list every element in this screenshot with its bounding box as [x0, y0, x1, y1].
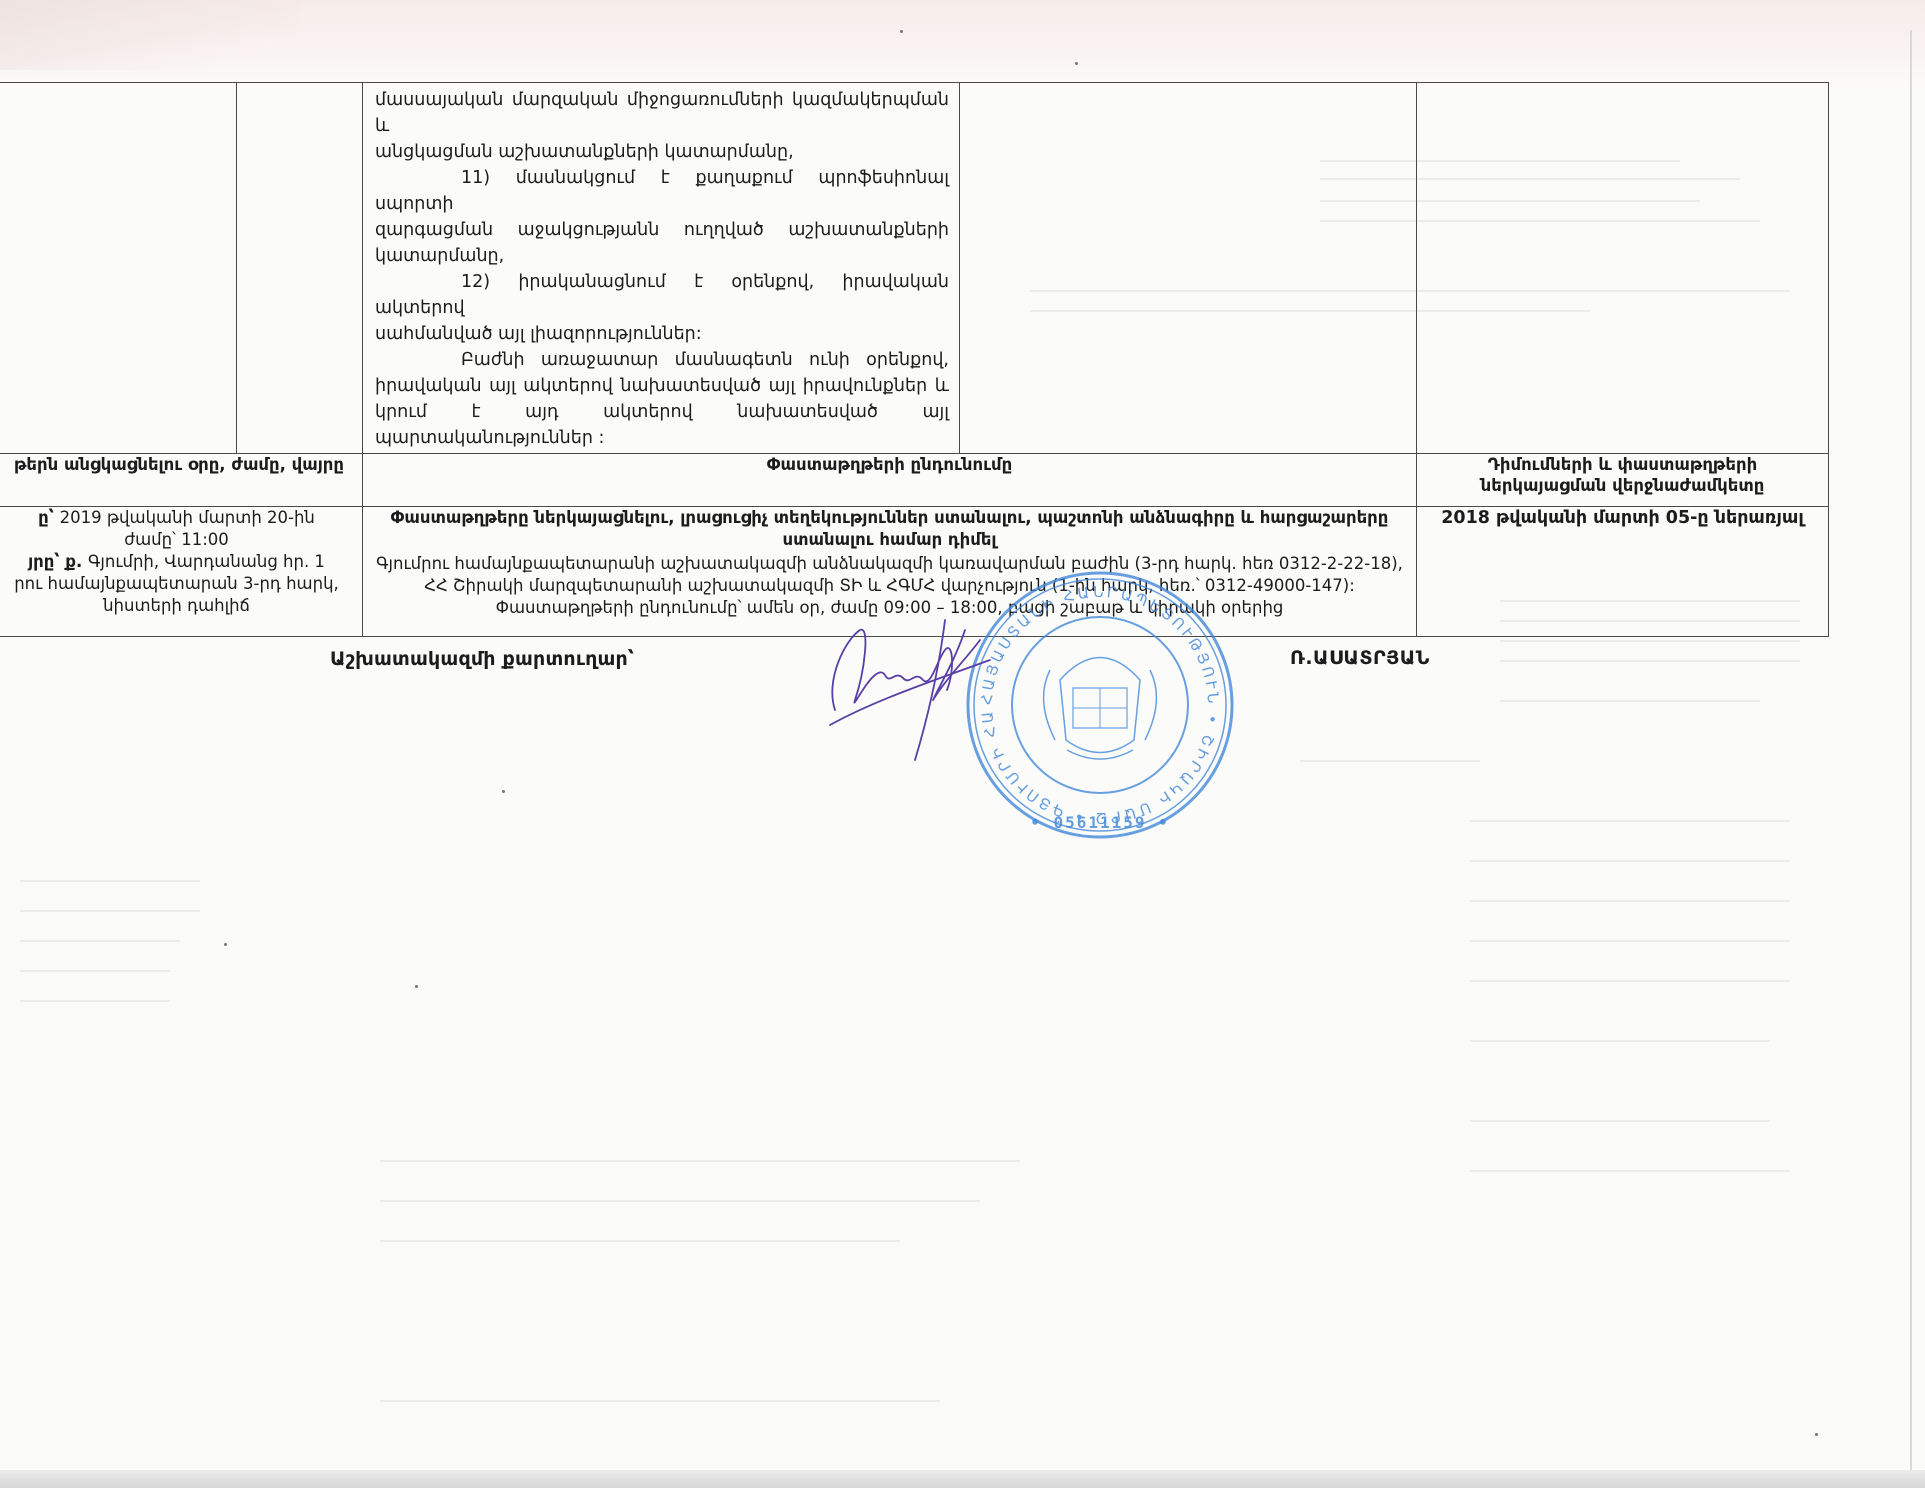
acceptance-title: Փաստաթղթերը ներկայացնելու, լրացուցիչ տեղ…: [363, 507, 1416, 551]
duties-line: անցկացման աշխատանքների կատարմանը,: [375, 139, 949, 165]
header-exam-date-place: թերն անցկացնելու օրը, ժամը, վայրը: [0, 454, 363, 507]
duty-item-11: 11) մասնակցում է քաղաքում պրոֆեսիոնալ սպ…: [375, 165, 949, 217]
header-deadline-line1: Դիմումների և փաստաթղթերի: [1417, 454, 1828, 475]
table-header-row: թերն անցկացնելու օրը, ժամը, վայրը Փաստաթ…: [0, 454, 1829, 507]
scan-speck: [1815, 1433, 1818, 1436]
exam-time: ժամը՝ 11:00: [0, 529, 362, 551]
rights-line: կրում է այդ ակտերով նախատեսված այլ: [375, 399, 949, 425]
scan-speck: [900, 30, 903, 33]
header-document-acceptance: Փաստաթղթերի ընդունումը: [363, 454, 1417, 507]
scan-speck: [415, 985, 418, 988]
signatory-role: Աշխատակազմի քարտուղար՝: [330, 648, 634, 670]
empty-cell: [237, 83, 363, 454]
rights-line: իրավական այլ ակտերով նախատեսված այլ իրավ…: [375, 373, 949, 399]
table-row-duties: մասսայական մարզական միջոցառումների կազմա…: [0, 83, 1829, 454]
deadline-value: 2018 թվականի մարտի 05-ը ներառյալ: [1441, 508, 1804, 528]
exam-date: ը՝ 2019 թվականի մարտի 20-ին: [0, 507, 362, 529]
header-deadline: Դիմումների և փաստաթղթերի ներկայացման վեր…: [1417, 454, 1829, 507]
exam-building: րու համայնքապետարան 3-րդ հարկ,: [0, 573, 362, 595]
duties-line: մասսայական մարզական միջոցառումների կազմա…: [375, 87, 949, 139]
paper-edge: [1910, 30, 1912, 1470]
duty-item-12: 12) իրականացնում է օրենքով, իրավական ակտ…: [375, 269, 949, 321]
empty-cell: [1417, 83, 1829, 454]
rights-line: պարտականություններ :: [375, 425, 949, 451]
deadline-cell: 2018 թվականի մարտի 05-ը ներառյալ: [1417, 507, 1829, 637]
scan-speck: [224, 943, 227, 946]
exam-room: նիստերի դահլիճ: [0, 595, 362, 617]
handwritten-signature-icon: [815, 600, 1035, 770]
exam-place: յրը՝ ք. Գյումրի, Վարդանանց հր. 1: [0, 551, 362, 573]
empty-cell: [960, 83, 1417, 454]
svg-text:• 05611159 •: • 05611159 •: [1030, 813, 1170, 832]
signatory-name: Ռ.ԱՍԱՏՐՅԱՆ: [1290, 647, 1430, 669]
duty-item-11-end: կատարմանը,: [375, 243, 949, 269]
vacancy-announcement-table: մասսայական մարզական միջոցառումների կազմա…: [0, 82, 1829, 637]
office-hr-department: Գյումրու համայնքապետարանի աշխատակազմի ան…: [363, 553, 1416, 575]
scan-speck: [502, 790, 505, 793]
exam-details-cell: ը՝ 2019 թվականի մարտի 20-ին ժամը՝ 11:00 …: [0, 507, 363, 637]
scan-corner-shadow: [0, 0, 300, 70]
header-deadline-line2: ներկայացման վերջնաժամկետը: [1417, 475, 1828, 496]
scan-bottom-edge: [0, 1470, 1925, 1488]
rights-line: Բաժնի առաջատար մասնագետն ունի օրենքով,: [375, 347, 949, 373]
job-duties-cell: մասսայական մարզական միջոցառումների կազմա…: [363, 83, 960, 454]
duty-item-12-end: սահմանված այլ լիազորություններ:: [375, 321, 949, 347]
empty-cell: [0, 83, 237, 454]
office-regional-department: ՀՀ Շիրակի մարզպետարանի աշխատակազմի ՏԻ և …: [363, 575, 1416, 597]
duty-item-11-cont: զարգացման աջակցությանն ուղղված աշխատանքն…: [375, 217, 949, 243]
scan-speck: [1075, 62, 1078, 65]
